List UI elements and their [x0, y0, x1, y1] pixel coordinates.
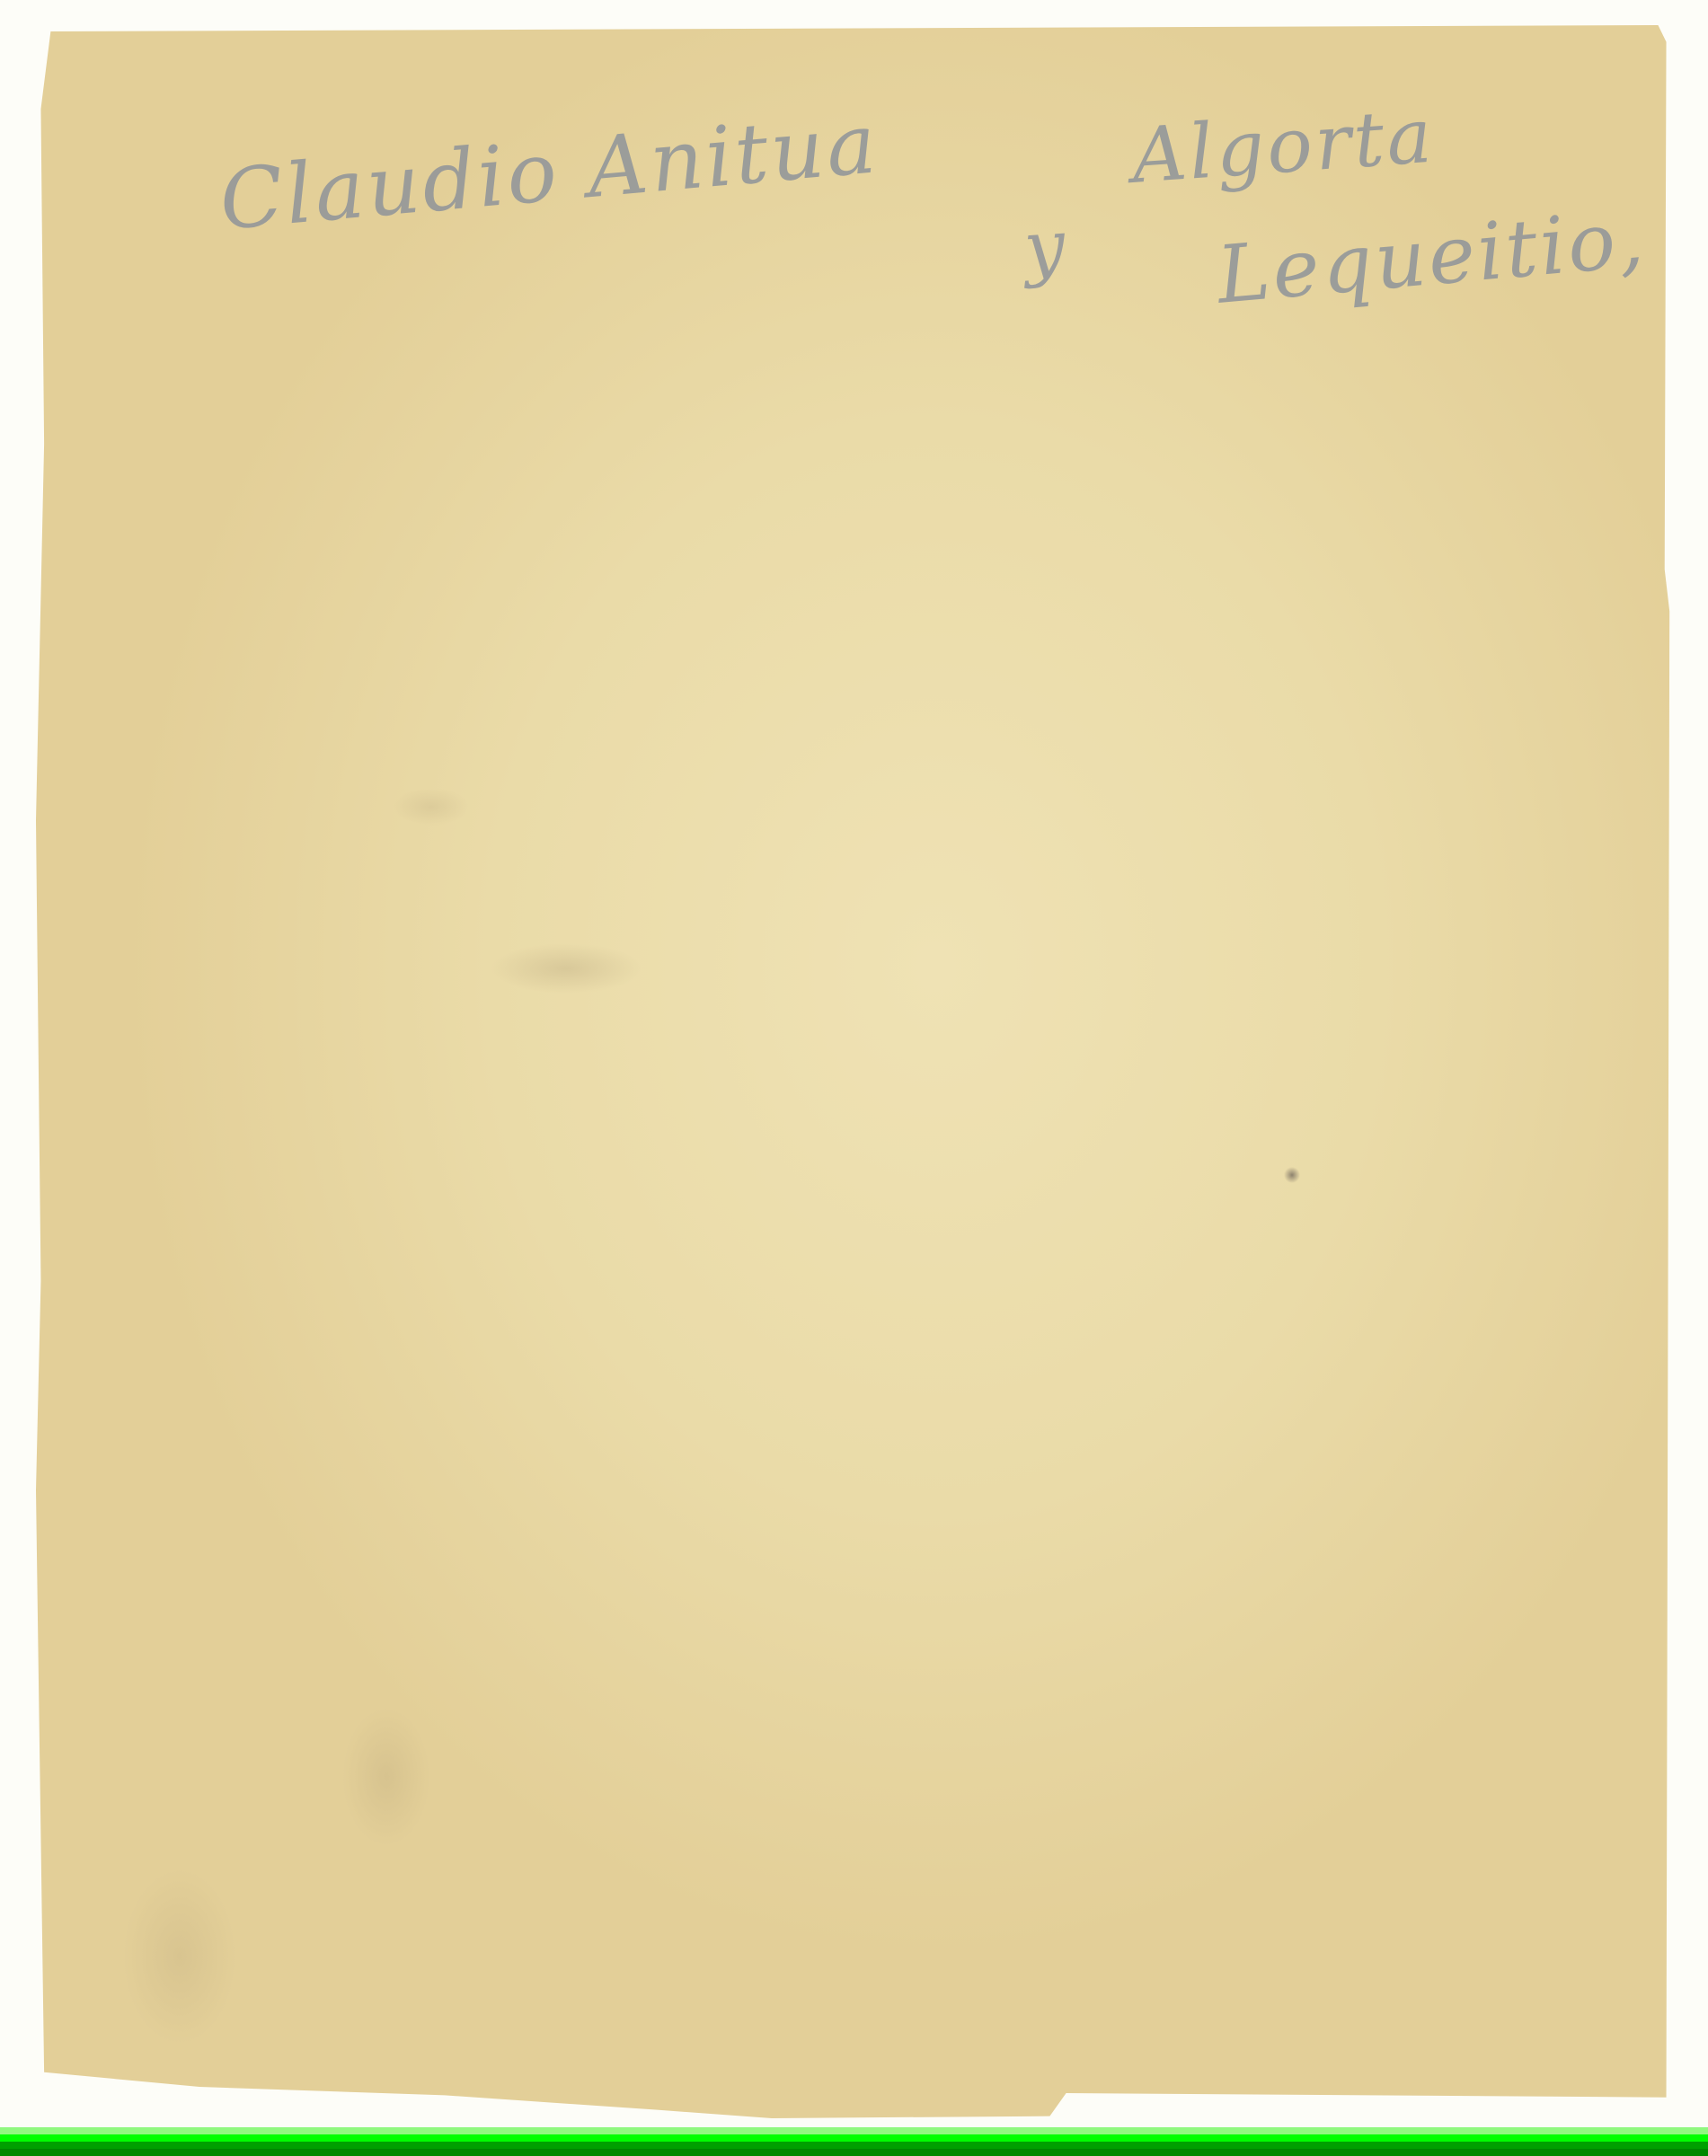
strip-band-2: [0, 2134, 1708, 2142]
strip-band-4: [0, 2149, 1708, 2156]
strip-band-1: [0, 2127, 1708, 2134]
paper-sheet: [36, 25, 1671, 2118]
handwritten-connector: y: [1022, 204, 1071, 290]
color-calibration-strip: [0, 2127, 1708, 2156]
strip-band-3: [0, 2142, 1708, 2149]
